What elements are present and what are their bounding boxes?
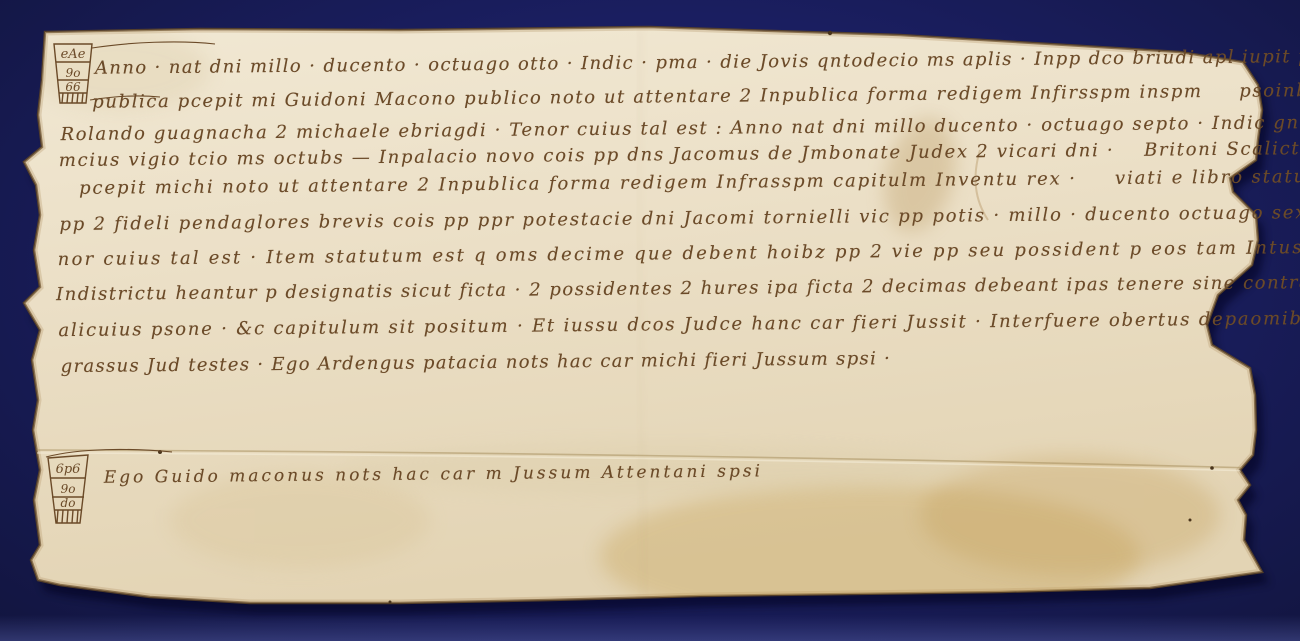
stain [170,472,430,568]
sign-row3: do [61,496,76,510]
speck [828,31,832,35]
sign-row3: 66 [65,80,81,94]
photo-background: eAe 9o 66 6p6 9o do Anno · nat dni millo… [0,0,1300,641]
speck [1189,519,1192,522]
sign-row1: eAe [61,47,86,62]
sign-row2: 9o [66,66,81,80]
parchment-photo: eAe 9o 66 6p6 9o do [0,0,1300,641]
speck [1210,466,1214,470]
speck [389,601,392,604]
stain [340,444,980,496]
sign-row1: 6p6 [56,462,81,477]
sign-row2: 9o [61,482,76,496]
